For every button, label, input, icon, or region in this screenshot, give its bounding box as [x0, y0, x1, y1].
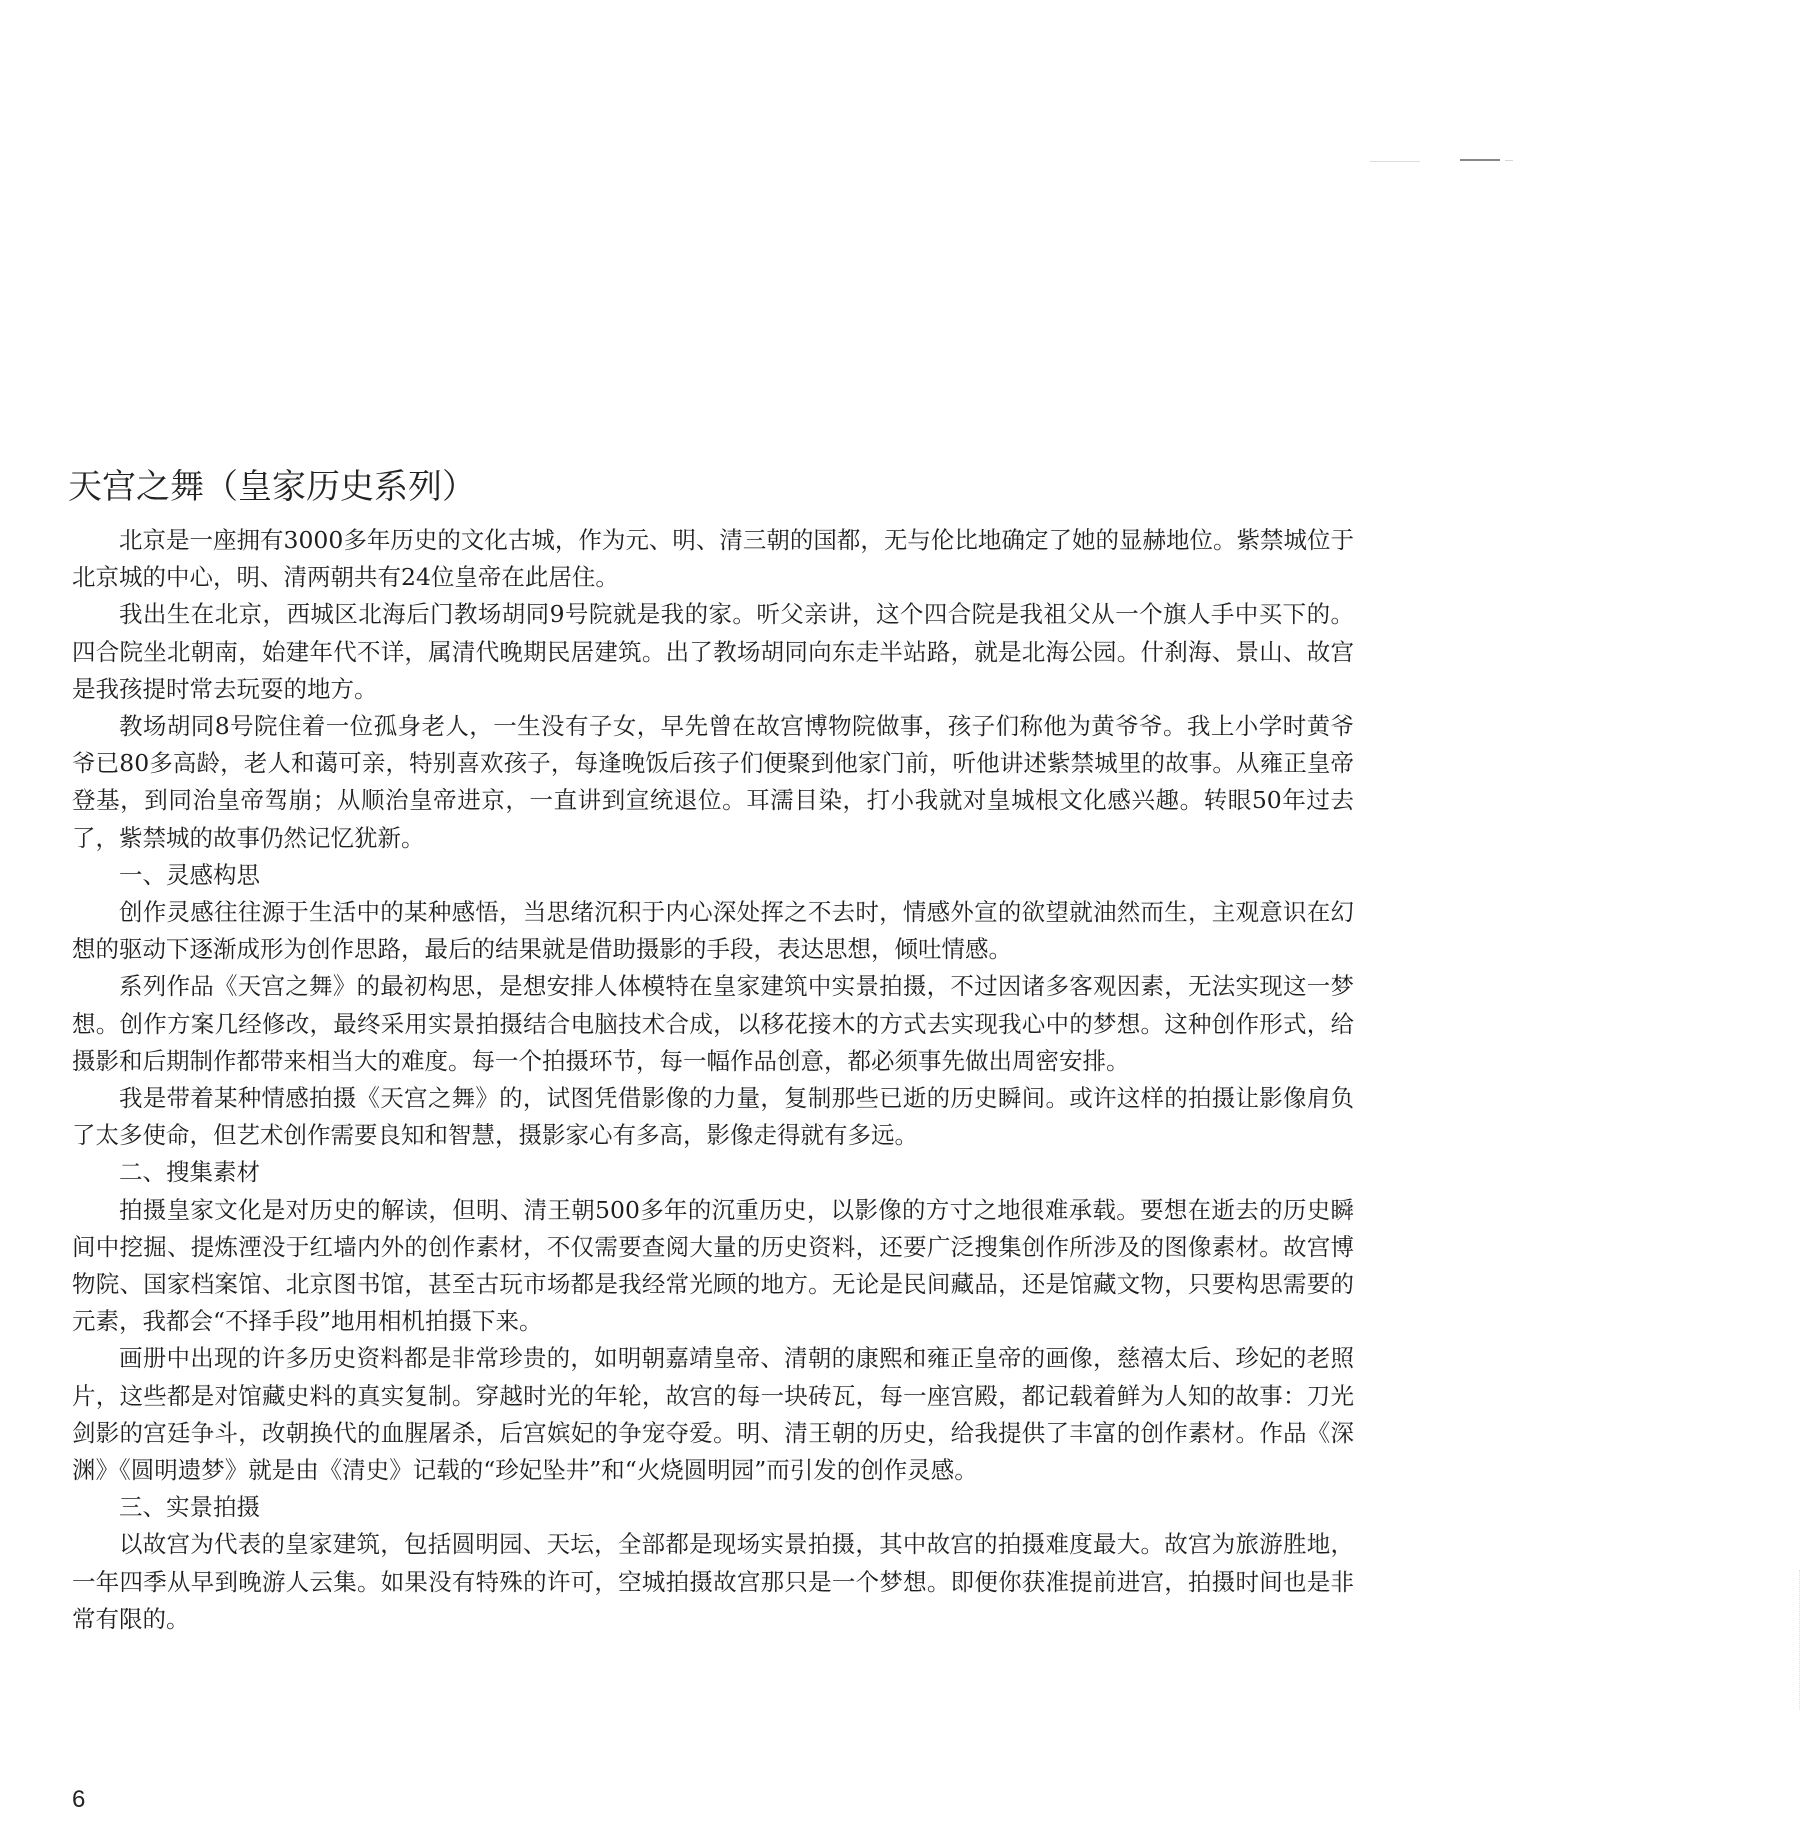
paragraph-inspiration: 创作灵感往往源于生活中的某种感悟，当思绪沉积于内心深处挥之不去时，情感外宣的欲望…: [72, 894, 1354, 968]
section-heading-materials: 二、搜集素材: [72, 1154, 1354, 1191]
paragraph-grandpa-huang: 教场胡同8号院住着一位孤身老人，一生没有子女，早先曾在故宫博物院做事，孩子们称他…: [72, 708, 1354, 857]
paragraph-historical-sources: 画册中出现的许多历史资料都是非常珍贵的，如明朝嘉靖皇帝、清朝的康熙和雍正皇帝的画…: [72, 1340, 1354, 1489]
paragraph-on-site: 以故宫为代表的皇家建筑，包括圆明园、天坛，全部都是现场实景拍摄，其中故宫的拍摄难…: [72, 1526, 1354, 1638]
section-heading-inspiration: 一、灵感构思: [72, 857, 1354, 894]
scan-artifact: [1505, 160, 1513, 161]
scan-artifact: [1370, 161, 1420, 162]
paragraph-intro: 北京是一座拥有3000多年历史的文化古城，作为元、明、清三朝的国都，无与伦比地确…: [72, 522, 1354, 596]
paragraph-materials: 拍摄皇家文化是对历史的解读，但明、清王朝500多年的沉重历史，以影像的方寸之地很…: [72, 1192, 1354, 1341]
section-heading-on-site: 三、实景拍摄: [72, 1489, 1354, 1526]
page-title: 天宫之舞（皇家历史系列）: [68, 459, 476, 508]
scan-edge-artifact: [1793, 1570, 1800, 1710]
paragraph-childhood: 我出生在北京，西城区北海后门教场胡同9号院就是我的家。听父亲讲，这个四合院是我祖…: [72, 596, 1354, 708]
paragraph-concept: 系列作品《天宫之舞》的最初构思，是想安排人体模特在皇家建筑中实景拍摄，不过因诸多…: [72, 968, 1354, 1080]
paragraph-emotion: 我是带着某种情感拍摄《天宫之舞》的，试图凭借影像的力量，复制那些已逝的历史瞬间。…: [72, 1080, 1354, 1154]
article-body: 北京是一座拥有3000多年历史的文化古城，作为元、明、清三朝的国都，无与伦比地确…: [72, 522, 1354, 1638]
page-number: 6: [72, 1786, 85, 1814]
scan-artifact: [1460, 159, 1500, 161]
